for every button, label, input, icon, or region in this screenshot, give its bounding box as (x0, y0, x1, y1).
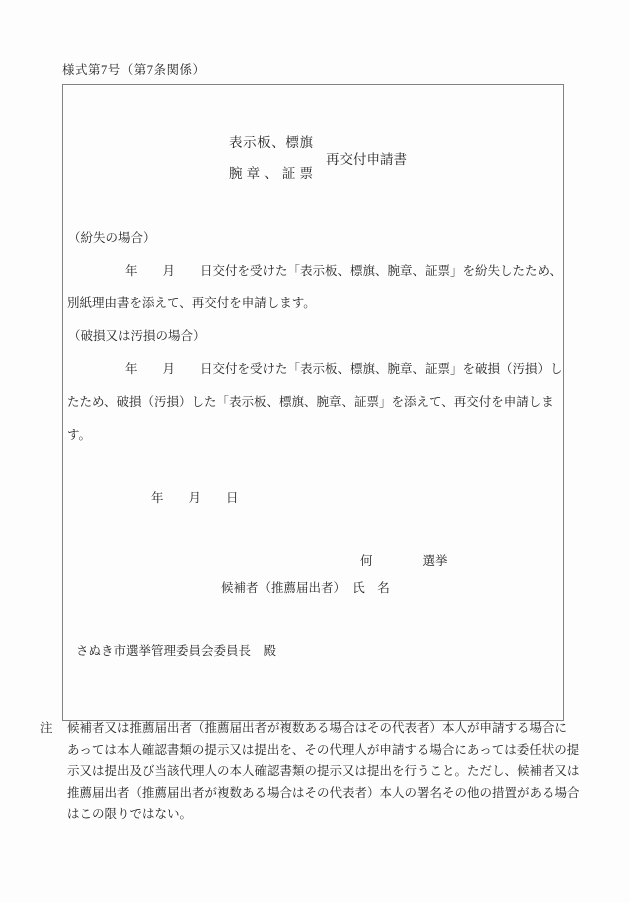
form-style-label: 様式第7号（第7条関係） (62, 61, 206, 79)
form-border-box: 表示板、標旗 腕章、証票 再交付申請書 （紛失の場合） 年 月 日交付を受けた「… (62, 84, 564, 721)
applicant-name-line: 候補者（推薦届出者） 氏 名 (221, 578, 390, 598)
application-date-line: 年 月 日 (151, 488, 239, 508)
note-marker: 注 (40, 718, 67, 740)
damaged-case-text-line2: たため、破損（汚損）した「表示板、標旗、腕章、証票」を添えて、再交付を申請しま (67, 392, 554, 412)
note-text-line4: 推薦届出者（推薦届出者が複数ある場合はその代表者）本人の署名その他の措置がある場… (67, 783, 607, 805)
note-text-line5: はこの限りではない。 (67, 804, 607, 826)
damaged-case-text-line3: す。 (67, 425, 91, 445)
form-title: 表示板、標旗 腕章、証票 再交付申請書 (229, 127, 407, 189)
note-text: 候補者又は推薦届出者（推薦届出者が複数ある場合はその代表者）本人が申請する場合に… (67, 718, 607, 826)
lost-case-heading: （紛失の場合） (68, 228, 156, 248)
damaged-case-heading: （破損又は汚損の場合） (68, 326, 206, 346)
form-title-items: 表示板、標旗 腕章、証票 (229, 127, 313, 189)
note-text-line2: あっては本人確認書類の提示又は提出を、その代理人が申請する場合にあっては委任状の… (67, 740, 607, 762)
lost-case-text-line1: 年 月 日交付を受けた「表示板、標旗、腕章、証票」を紛失したため、 (125, 261, 562, 281)
form-title-items-line1: 表示板、標旗 (229, 127, 313, 158)
form-title-items-line2: 腕章、証票 (229, 158, 313, 189)
addressee-line: さぬき市選挙管理委員会委員長 殿 (76, 641, 276, 661)
document-page: 様式第7号（第7条関係） 表示板、標旗 腕章、証票 再交付申請書 （紛失の場合）… (0, 0, 630, 903)
note-text-line1: 候補者又は推薦届出者（推薦届出者が複数ある場合はその代表者）本人が申請する場合に (67, 718, 607, 740)
form-title-main: 再交付申請書 (326, 148, 407, 168)
note-block: 注 候補者又は推薦届出者（推薦届出者が複数ある場合はその代表者）本人が申請する場… (40, 718, 607, 826)
damaged-case-text-line1: 年 月 日交付を受けた「表示板、標旗、腕章、証票」を破損（汚損）し (125, 359, 563, 379)
lost-case-text-line2: 別紙理由書を添えて、再交付を申請します。 (67, 293, 316, 313)
note-text-line3: 示又は提出及び当該代理人の本人確認書類の提示又は提出を行うこと。ただし、候補者又… (67, 761, 607, 783)
election-name-line: 何 選挙 (360, 551, 448, 571)
